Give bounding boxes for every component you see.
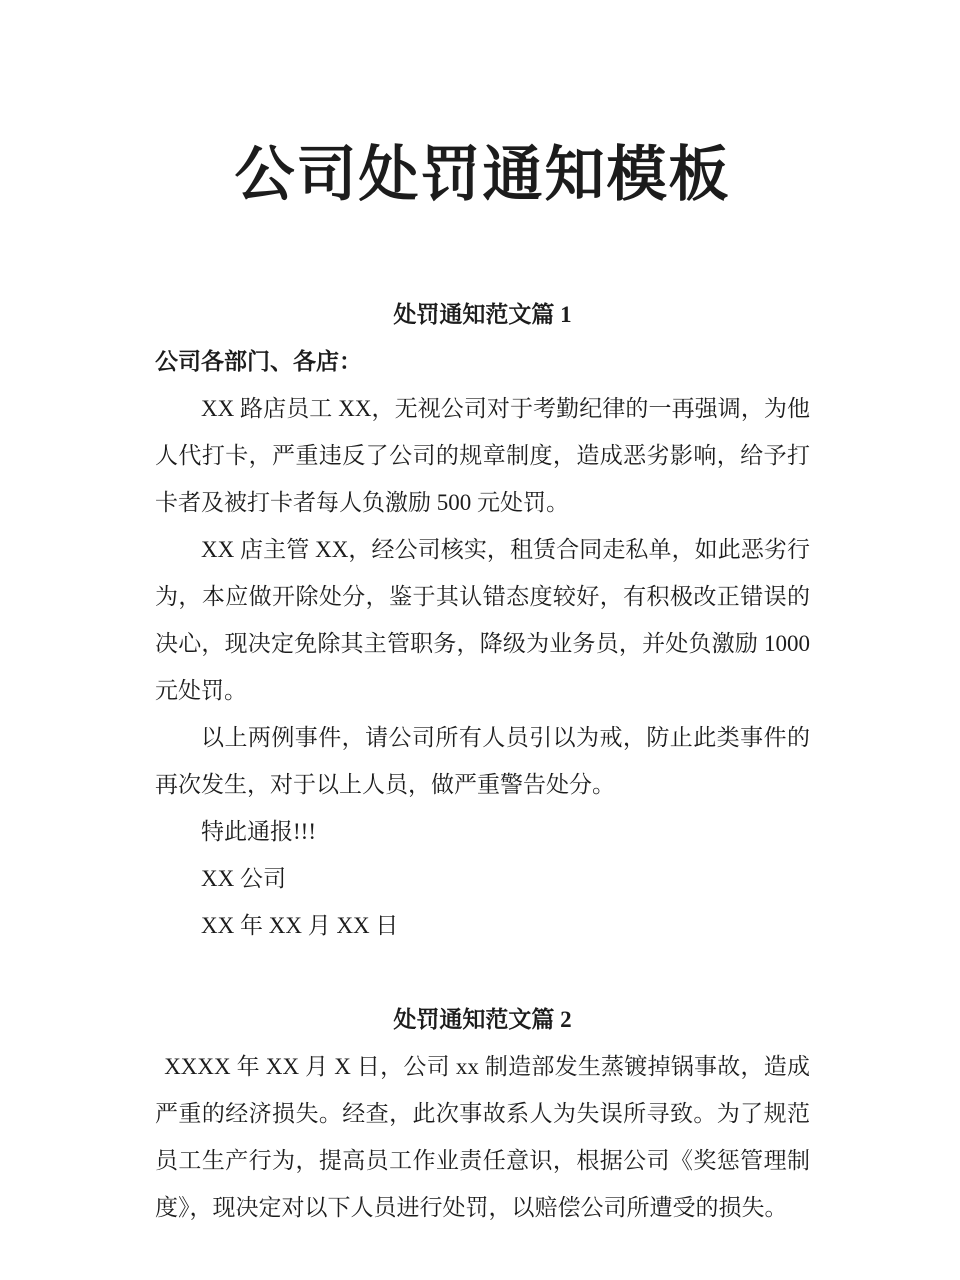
signature-company: XX 公司 [155,855,810,902]
paragraph-factory-accident: XXXX 年 XX 月 X 日，公司 xx 制造部发生蒸镀掉锅事故，造成严重的经… [155,1043,810,1231]
closing-notice-line: 特此通报!!! [155,808,810,855]
paragraph-warning-to-all: 以上两例事件，请公司所有人员引以为戒，防止此类事件的再次发生，对于以上人员，做严… [155,714,810,808]
signature-date: XX 年 XX 月 XX 日 [155,902,810,949]
document-page: 公司处罚通知模板 处罚通知范文篇 1 公司各部门、各店： XX 路店员工 XX，… [0,0,960,1280]
document-title: 公司处罚通知模板 [155,135,810,215]
paragraph-clock-in-violation: XX 路店员工 XX，无视公司对于考勤纪律的一再强调，为他人代打卡，严重违反了公… [155,385,810,526]
paragraph-manager-violation: XX 店主管 XX，经公司核实，租赁合同走私单，如此恶劣行为，本应做开除处分，鉴… [155,526,810,714]
section-2-heading: 处罚通知范文篇 2 [155,996,810,1043]
section-1-heading: 处罚通知范文篇 1 [155,291,810,338]
section-punishment-notice-1: 处罚通知范文篇 1 公司各部门、各店： XX 路店员工 XX，无视公司对于考勤纪… [155,291,810,949]
salutation-line: 公司各部门、各店： [155,338,810,385]
section-punishment-notice-2: 处罚通知范文篇 2 XXXX 年 XX 月 X 日，公司 xx 制造部发生蒸镀掉… [155,996,810,1231]
